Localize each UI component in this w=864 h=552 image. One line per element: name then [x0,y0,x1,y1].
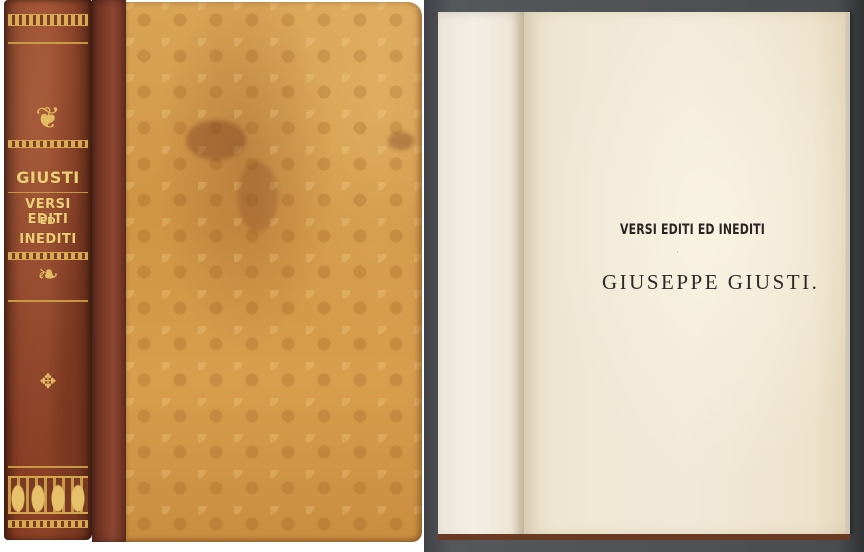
spine-gilt-rule [8,466,88,468]
bottom-board-edge [438,534,850,540]
spine-title-line-3: INEDITI [6,232,90,247]
page-edge [846,12,850,534]
title-page-author: GIUSEPPE GIUSTI. [602,270,832,295]
spine-gilt-band [8,252,88,260]
spine-hinge [92,0,126,542]
closed-book: ❦ GIUSTI VERSI EDITI ED INEDITI ❧ ✥ [0,0,424,548]
flyleaf [438,12,524,540]
spine-gilt-rule [8,42,88,44]
spine-gilt-band [8,140,88,148]
stain [186,120,246,160]
stain [238,162,278,232]
spine-gilt-rule [8,300,88,302]
spine-author: GIUSTI [6,168,90,187]
spine-gilt-band-bottom [8,520,88,528]
stain [388,132,414,150]
spine-title-line-2: ED [6,216,90,227]
spine-gilt-band-top [8,14,88,26]
title-page-title: VERSI EDITI ED INEDITI [620,222,807,238]
spine-tail-pattern [8,476,88,514]
cartouche-ornament-icon: ✥ [14,372,82,392]
fleuron-ornament-icon: ❦ [14,104,82,134]
scroll-ornament-icon: ❧ [14,262,82,288]
small-print-mark: · [676,250,690,256]
spine-gilt-rule [8,192,88,193]
front-board-marbled [126,2,422,542]
